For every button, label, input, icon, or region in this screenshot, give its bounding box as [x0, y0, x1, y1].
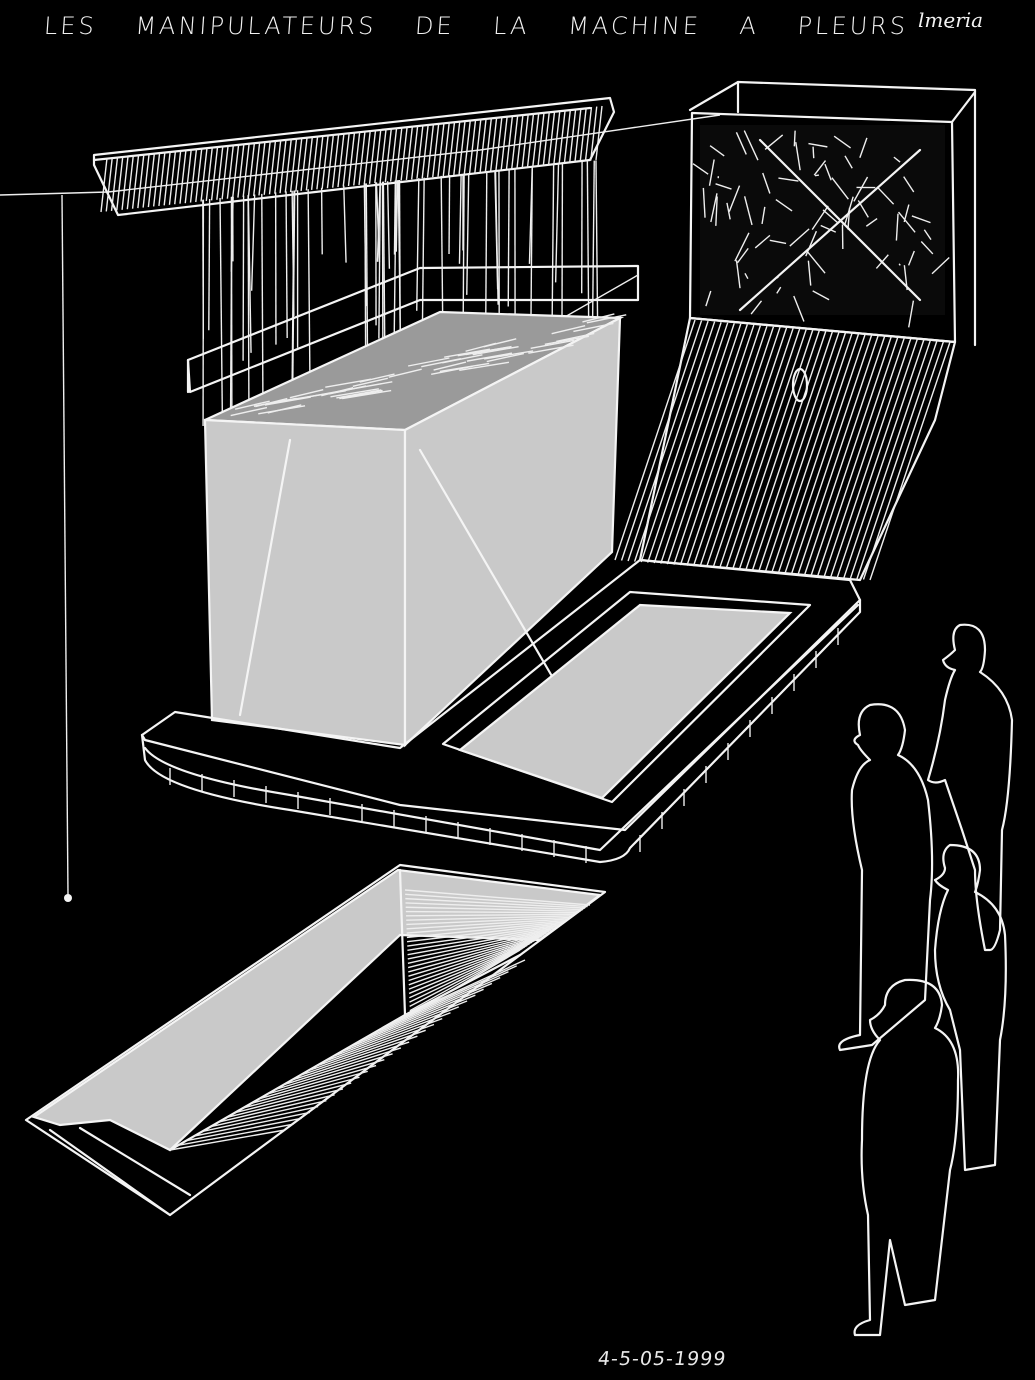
- four-spectator-silhouettes: [839, 625, 1012, 1335]
- artwork-date: 4-5-05-1999: [596, 1348, 727, 1370]
- drawing: [0, 0, 1035, 1380]
- floor-pit: [26, 865, 605, 1215]
- artwork-canvas: LES MANIPULATEURS DE LA MACHINE A PLEURS…: [0, 0, 1035, 1380]
- framed-screen-box: [690, 82, 975, 345]
- wood-grain-ramp: [615, 318, 955, 580]
